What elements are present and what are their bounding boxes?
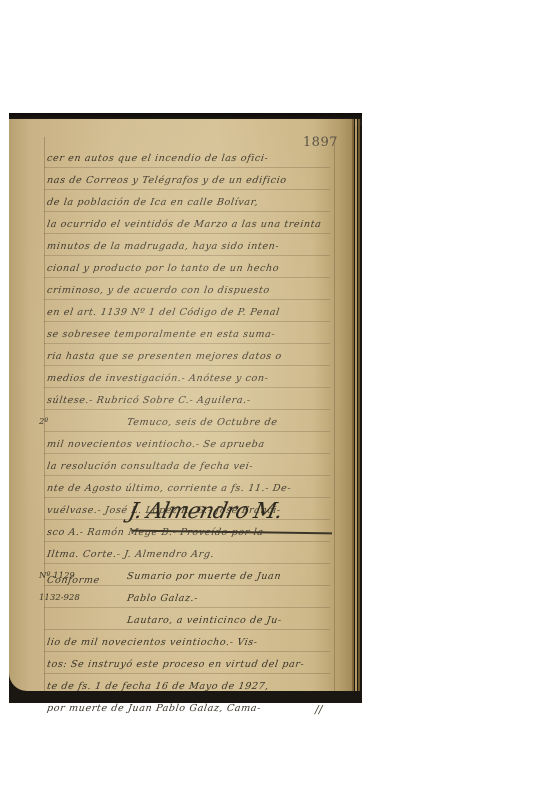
ruled-line (44, 453, 330, 454)
text-line: minutos de la madrugada, haya sido inten… (46, 241, 336, 252)
text-line: cer en autos que el incendio de las ofic… (46, 153, 336, 164)
ruled-line (44, 167, 330, 168)
text-line: sco A.- Ramón Mege B.- Proveído por la (46, 527, 336, 538)
ruled-line (44, 519, 330, 520)
ruled-line (44, 299, 330, 300)
text-line: nte de Agosto último, corriente a fs. 11… (46, 483, 336, 494)
ruled-line (44, 343, 330, 344)
margin-note-2: 2º (39, 417, 48, 427)
ruled-line (44, 365, 330, 366)
text-line: criminoso, y de acuerdo con lo dispuesto (46, 285, 336, 296)
text-line: Temuco, seis de Octubre de (126, 417, 336, 428)
ruled-line (44, 431, 330, 432)
text-line: en el art. 1139 Nº 1 del Código de P. Pe… (46, 307, 336, 318)
text-line: súltese.- Rubricó Sobre C.- Aguilera.- (46, 395, 336, 406)
text-line: se sobresee temporalmente en esta suma- (46, 329, 336, 340)
ruled-line (44, 607, 330, 608)
ruled-line (44, 387, 330, 388)
ruled-line (44, 497, 330, 498)
text-line: medios de investigación.- Anótese y con- (46, 373, 336, 384)
ruled-line (44, 541, 330, 542)
ruled-line (44, 629, 330, 630)
text-line: nas de Correos y Telégrafos y de un edif… (46, 175, 336, 186)
conforme-label: Conforme (46, 575, 128, 586)
ruled-line (44, 563, 330, 564)
text-line: vuélvase.- José L. López R. G.- José Fra… (46, 505, 336, 516)
ruled-line (44, 409, 330, 410)
page-edge (358, 119, 360, 691)
page-edge (355, 119, 357, 691)
ledger-page: 1897 cer en autos que el incendio de las… (9, 119, 354, 691)
ruled-line (44, 651, 330, 652)
ruled-line (44, 475, 330, 476)
text-line: la resolución consultada de fecha vei- (46, 461, 336, 472)
ruled-line (44, 233, 330, 234)
folio-number: 1897 (303, 135, 338, 150)
continuation-mark: // (315, 703, 322, 716)
text-line: de la población de Ica en calle Bolívar, (46, 197, 336, 208)
ruled-line (44, 321, 330, 322)
ruled-line (44, 211, 330, 212)
text-line: mil novecientos veintiocho.- Se aprueba (46, 439, 336, 450)
text-line: Iltma. Corte.- J. Almendro Arg. (46, 549, 336, 560)
page-edge (352, 119, 354, 691)
ruled-line (44, 673, 330, 674)
ruled-line (44, 255, 330, 256)
text-line: cional y producto por lo tanto de un hec… (46, 263, 336, 274)
text-line: la ocurrido el veintidós de Marzo a las … (46, 219, 336, 230)
text-line: por muerte de Juan Pablo Galaz, Cama- (46, 703, 336, 714)
text-line: ria hasta que se presenten mejores datos… (46, 351, 336, 362)
scanned-page: 1897 cer en autos que el incendio de las… (9, 113, 362, 703)
ruled-line (44, 277, 330, 278)
ruled-line (44, 189, 330, 190)
